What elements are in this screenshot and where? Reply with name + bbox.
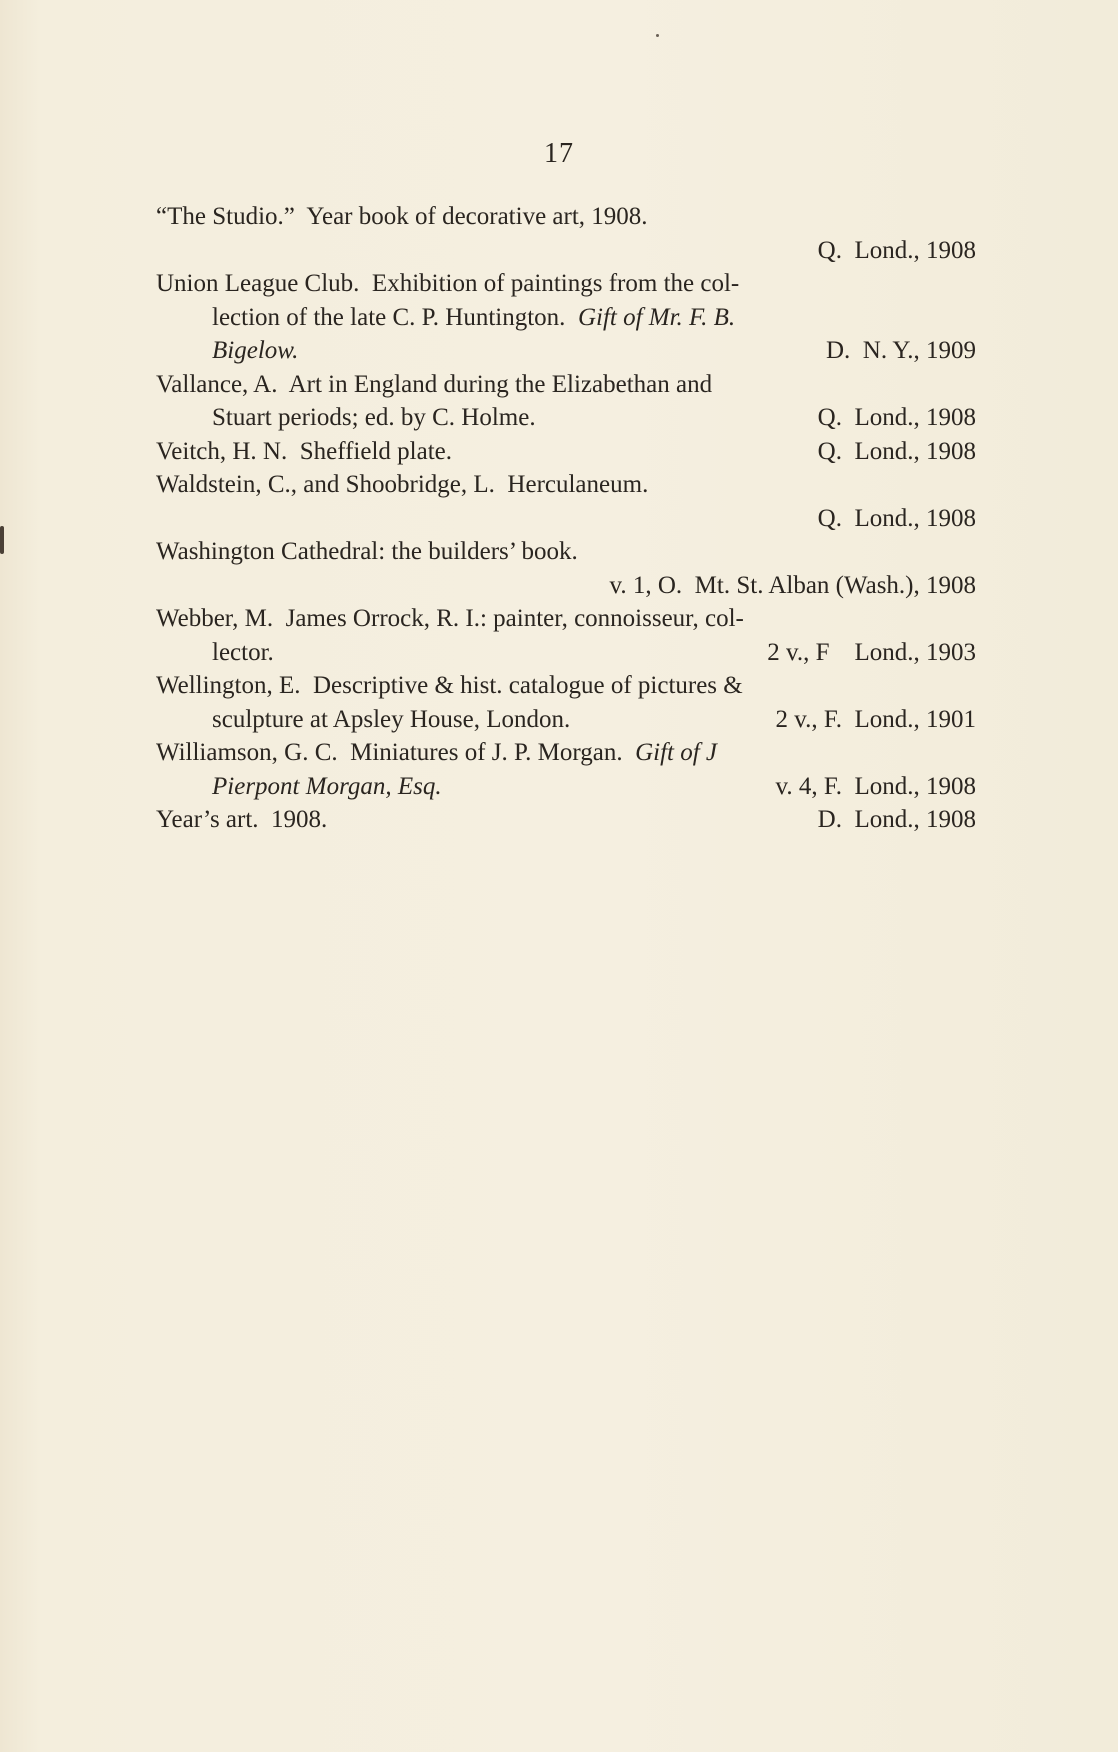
entry-imprint: Q. Lond., 1908 <box>818 435 976 469</box>
entry-text: Wellington, E. Descriptive & hist. catal… <box>156 672 743 699</box>
binding-mark <box>0 526 4 554</box>
book-page: 17 “The Studio.” Year book of decorative… <box>0 0 1118 1752</box>
bibliography-entry: Veitch, H. N. Sheffield plate.Q. Lond., … <box>156 435 976 469</box>
entry-text: lector. <box>212 639 274 666</box>
bibliography-entry: Washington Cathedral: the builders’ book… <box>156 535 976 602</box>
bibliography-entry: Year’s art. 1908.D. Lond., 1908 <box>156 803 976 837</box>
entry-line: Year’s art. 1908.D. Lond., 1908 <box>156 803 976 837</box>
entry-text: Washington Cathedral: the builders’ book… <box>156 538 578 565</box>
entry-text: Stuart periods; ed. by C. Holme. <box>212 404 536 431</box>
bibliography-entry: Vallance, A. Art in England during the E… <box>156 368 976 435</box>
entry-line: v. 1, O. Mt. St. Alban (Wash.), 1908 <box>156 569 976 603</box>
entry-imprint: Q. Lond., 1908 <box>818 234 976 268</box>
entry-imprint: Q. Lond., 1908 <box>818 502 976 536</box>
entry-gift-note: Pierpont Morgan, Esq. <box>212 773 442 800</box>
entry-text: “The Studio.” Year book of decorative ar… <box>156 203 648 230</box>
entry-line: sculpture at Apsley House, London.2 v., … <box>156 703 976 737</box>
entry-line: Wellington, E. Descriptive & hist. catal… <box>156 669 976 703</box>
entry-text: Waldstein, C., and Shoobridge, L. Hercul… <box>156 471 648 498</box>
entry-imprint: D. N. Y., 1909 <box>826 334 976 368</box>
entry-line: “The Studio.” Year book of decorative ar… <box>156 200 976 234</box>
entry-line: Waldstein, C., and Shoobridge, L. Hercul… <box>156 468 976 502</box>
entry-gift-note: Gift of Mr. F. B. <box>578 304 735 331</box>
entry-text: sculpture at Apsley House, London. <box>212 706 570 733</box>
entry-line: Union League Club. Exhibition of paintin… <box>156 267 976 301</box>
entry-imprint: 2 v., F. Lond., 1901 <box>775 703 976 737</box>
entry-line: Veitch, H. N. Sheffield plate.Q. Lond., … <box>156 435 976 469</box>
entry-text: Year’s art. 1908. <box>156 806 327 833</box>
entry-text: Webber, M. James Orrock, R. I.: painter,… <box>156 605 744 632</box>
entry-text: Williamson, G. C. Miniatures of J. P. Mo… <box>156 739 635 766</box>
entry-line: Bigelow.D. N. Y., 1909 <box>156 334 976 368</box>
page-number: 17 <box>0 138 1118 170</box>
entry-imprint: 2 v., F Lond., 1903 <box>767 636 976 670</box>
entry-line: lector.2 v., F Lond., 1903 <box>156 636 976 670</box>
bibliography-entry: Webber, M. James Orrock, R. I.: painter,… <box>156 602 976 669</box>
entry-text: Veitch, H. N. Sheffield plate. <box>156 438 452 465</box>
entry-line: lection of the late C. P. Huntington. Gi… <box>156 301 976 335</box>
entry-imprint: v. 1, O. Mt. St. Alban (Wash.), 1908 <box>610 569 977 603</box>
entry-text: Vallance, A. Art in England during the E… <box>156 371 712 398</box>
entry-gift-note: Bigelow. <box>212 337 298 364</box>
bibliography-entry: Williamson, G. C. Miniatures of J. P. Mo… <box>156 736 976 803</box>
bibliography-entry: Waldstein, C., and Shoobridge, L. Hercul… <box>156 468 976 535</box>
entry-line: Q. Lond., 1908 <box>156 234 976 268</box>
entry-text: Union League Club. Exhibition of paintin… <box>156 270 739 297</box>
bibliography-list: “The Studio.” Year book of decorative ar… <box>156 200 976 837</box>
paper-speck <box>656 34 659 37</box>
entry-line: Vallance, A. Art in England during the E… <box>156 368 976 402</box>
entry-imprint: D. Lond., 1908 <box>818 803 976 837</box>
entry-line: Webber, M. James Orrock, R. I.: painter,… <box>156 602 976 636</box>
entry-line: Washington Cathedral: the builders’ book… <box>156 535 976 569</box>
bibliography-entry: “The Studio.” Year book of decorative ar… <box>156 200 976 267</box>
entry-imprint: v. 4, F. Lond., 1908 <box>775 770 976 804</box>
entry-line: Q. Lond., 1908 <box>156 502 976 536</box>
entry-line: Stuart periods; ed. by C. Holme.Q. Lond.… <box>156 401 976 435</box>
entry-line: Williamson, G. C. Miniatures of J. P. Mo… <box>156 736 976 770</box>
entry-text: lection of the late C. P. Huntington. <box>212 304 578 331</box>
entry-gift-note: Gift of J <box>635 739 717 766</box>
bibliography-entry: Union League Club. Exhibition of paintin… <box>156 267 976 368</box>
entry-line: Pierpont Morgan, Esq.v. 4, F. Lond., 190… <box>156 770 976 804</box>
entry-imprint: Q. Lond., 1908 <box>818 401 976 435</box>
bibliography-entry: Wellington, E. Descriptive & hist. catal… <box>156 669 976 736</box>
